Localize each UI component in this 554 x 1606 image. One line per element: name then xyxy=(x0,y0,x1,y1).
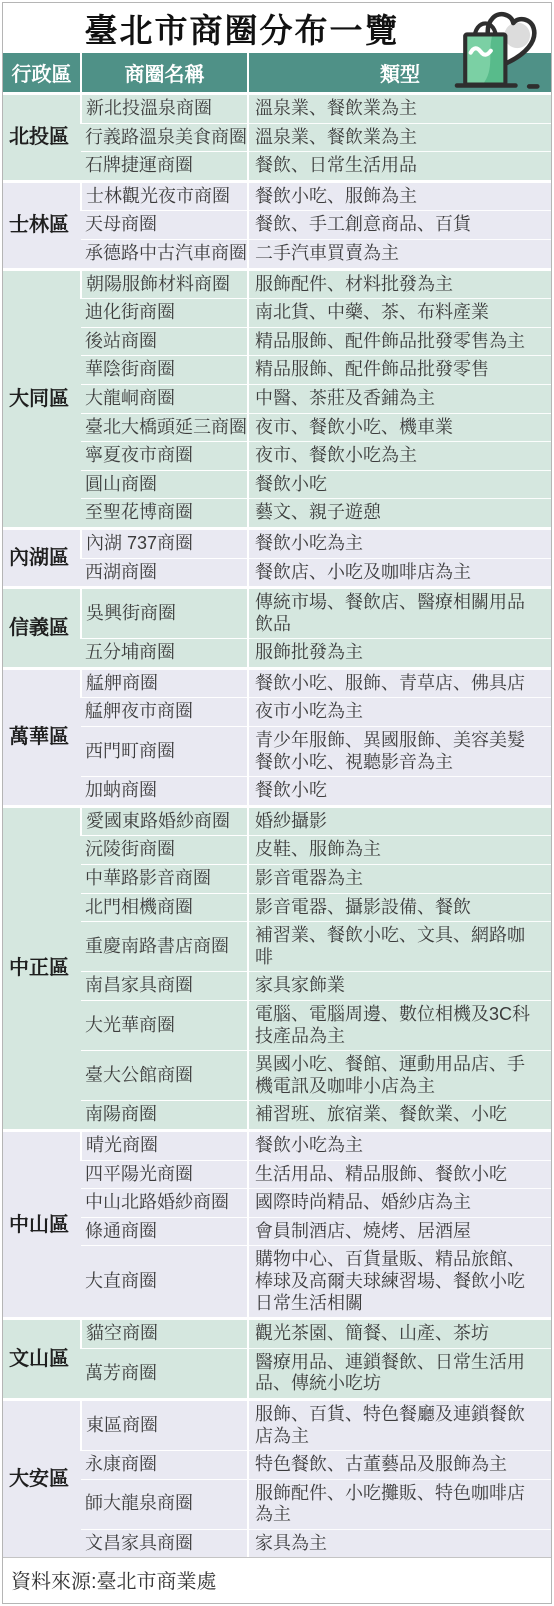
shopping-area-name: 南陽商圈 xyxy=(81,1101,248,1131)
table-row: 文昌家具商圈家具為主 xyxy=(3,1529,551,1557)
shopping-area-type: 夜市、餐飲小吃、機車業 xyxy=(248,413,551,442)
shopping-area-type: 餐飲小吃 xyxy=(248,470,551,499)
table-row: 艋舺夜市商圈夜市小吃為主 xyxy=(3,698,551,727)
shopping-area-type: 家具家飾業 xyxy=(248,972,551,1001)
table-row: 條通商圈會員制酒店、燒烤、居酒屋 xyxy=(3,1217,551,1246)
table-row: 西湖商圈餐飲店、小吃及咖啡店為主 xyxy=(3,558,551,588)
shopping-area-type: 中醫、茶莊及香鋪為主 xyxy=(248,384,551,413)
district-cell: 中山區 xyxy=(3,1130,81,1318)
shopping-area-name: 石牌捷運商圈 xyxy=(81,152,248,182)
shopping-area-name: 新北投溫泉商圈 xyxy=(81,94,248,124)
shopping-area-type: 補習班、旅宿業、餐飲業、小吃 xyxy=(248,1101,551,1131)
table-row: 中山區晴光商圈餐飲小吃為主 xyxy=(3,1130,551,1160)
table-row: 士林區士林觀光夜市商圈餐飲小吃、服飾為主 xyxy=(3,181,551,211)
shopping-area-type: 醫療用品、連鎖餐飲、日常生活用品、傳統小吃坊 xyxy=(248,1348,551,1399)
table-row: 至聖花博商圈藝文、親子遊憩 xyxy=(3,499,551,529)
shopping-area-type: 餐飲店、小吃及咖啡店為主 xyxy=(248,558,551,588)
shopping-area-type: 影音電器、攝影設備、餐飲 xyxy=(248,893,551,922)
district-cell: 信義區 xyxy=(3,588,81,669)
page-title: 臺北市商圈分布一覽 xyxy=(85,5,470,52)
table-row: 南陽商圈補習班、旅宿業、餐飲業、小吃 xyxy=(3,1101,551,1131)
shopping-area-type: 婚紗攝影 xyxy=(248,806,551,836)
shopping-area-name: 朝陽服飾材料商圈 xyxy=(81,269,248,299)
shopping-area-type: 餐飲小吃、服飾為主 xyxy=(248,181,551,211)
table-row: 承德路中古汽車商圈二手汽車買賣為主 xyxy=(3,239,551,269)
table-row: 北門相機商圈影音電器、攝影設備、餐飲 xyxy=(3,893,551,922)
shopping-area-name: 萬芳商圈 xyxy=(81,1348,248,1399)
table-row: 師大龍泉商圈服飾配件、小吃攤販、特色咖啡店為主 xyxy=(3,1479,551,1529)
shopping-area-type: 觀光茶園、簡餐、山產、茶坊 xyxy=(248,1319,551,1349)
table-row: 臺大公館商圈異國小吃、餐館、運動用品店、手機電訊及咖啡小店為主 xyxy=(3,1051,551,1101)
table-row: 石牌捷運商圈餐飲、日常生活用品 xyxy=(3,152,551,182)
shopping-area-type: 藝文、親子遊憩 xyxy=(248,499,551,529)
shopping-area-type: 購物中心、百貨量販、精品旅館、棒球及高爾夫球練習場、餐飲小吃日常生活相關 xyxy=(248,1246,551,1319)
shopping-area-name: 北門相機商圈 xyxy=(81,893,248,922)
shopping-area-name: 師大龍泉商圈 xyxy=(81,1479,248,1529)
district-cell: 大同區 xyxy=(3,269,81,528)
table-row: 內湖區內湖 737商圈餐飲小吃為主 xyxy=(3,528,551,558)
shopping-area-type: 精品服飾、配件飾品批發零售為主 xyxy=(248,327,551,356)
shopping-area-name: 圓山商圈 xyxy=(81,470,248,499)
shopping-area-name: 五分埔商圈 xyxy=(81,639,248,669)
table-row: 大龍峒商圈中醫、茶莊及香鋪為主 xyxy=(3,384,551,413)
table-row: 萬華區艋舺商圈餐飲小吃、服飾、青草店、佛具店 xyxy=(3,668,551,698)
shopping-area-name: 天母商圈 xyxy=(81,211,248,240)
table-row: 中華路影音商圈影音電器為主 xyxy=(3,865,551,894)
table-row: 寧夏夜市商圈夜市、餐飲小吃為主 xyxy=(3,442,551,471)
shopping-area-type: 特色餐飲、古董藝品及服飾為主 xyxy=(248,1451,551,1480)
shopping-area-type: 影音電器為主 xyxy=(248,865,551,894)
shopping-area-type: 餐飲、日常生活用品 xyxy=(248,152,551,182)
shopping-area-type: 餐飲小吃為主 xyxy=(248,1130,551,1160)
shopping-area-name: 西湖商圈 xyxy=(81,558,248,588)
shopping-area-type: 夜市小吃為主 xyxy=(248,698,551,727)
shopping-area-type: 國際時尚精品、婚紗店為主 xyxy=(248,1189,551,1218)
shopping-area-name: 內湖 737商圈 xyxy=(81,528,248,558)
table-row: 南昌家具商圈家具家飾業 xyxy=(3,972,551,1001)
shopping-area-name: 永康商圈 xyxy=(81,1451,248,1480)
table-row: 沅陵街商圈皮鞋、服飾為主 xyxy=(3,836,551,865)
table-row: 中山北路婚紗商圈國際時尚精品、婚紗店為主 xyxy=(3,1189,551,1218)
shopping-area-name: 沅陵街商圈 xyxy=(81,836,248,865)
shopping-area-name: 重慶南路書店商圈 xyxy=(81,922,248,972)
table-row: 信義區吳興街商圈傳統市場、餐飲店、醫療相關用品飲品 xyxy=(3,588,551,639)
table-row: 大直商圈購物中心、百貨量販、精品旅館、棒球及高爾夫球練習場、餐飲小吃日常生活相關 xyxy=(3,1246,551,1319)
shopping-area-name: 條通商圈 xyxy=(81,1217,248,1246)
table-row: 中正區愛國東路婚紗商圈婚紗攝影 xyxy=(3,806,551,836)
header-name: 商圈名稱 xyxy=(81,53,248,94)
shopping-area-type: 生活用品、精品服飾、餐飲小吃 xyxy=(248,1160,551,1189)
shopping-area-name: 大直商圈 xyxy=(81,1246,248,1319)
shopping-area-name: 臺大公館商圈 xyxy=(81,1051,248,1101)
district-cell: 士林區 xyxy=(3,181,81,269)
table-row: 天母商圈餐飲、手工創意商品、百貨 xyxy=(3,211,551,240)
table-row: 重慶南路書店商圈補習業、餐飲小吃、文具、網路咖啡 xyxy=(3,922,551,972)
shopping-area-type: 南北貨、中藥、茶、布料產業 xyxy=(248,299,551,328)
shopping-area-type: 家具為主 xyxy=(248,1529,551,1557)
shopping-area-type: 二手汽車買賣為主 xyxy=(248,239,551,269)
shopping-area-name: 加蚋商圈 xyxy=(81,777,248,807)
title-bar: 臺北市商圈分布一覽 xyxy=(3,3,551,53)
shopping-area-name: 晴光商圈 xyxy=(81,1130,248,1160)
table-row: 西門町商圈青少年服飾、異國服飾、美容美髮餐飲小吃、視聽影音為主 xyxy=(3,727,551,777)
table-row: 大光華商圈電腦、電腦周邊、數位相機及3C科技產品為主 xyxy=(3,1001,551,1051)
district-cell: 文山區 xyxy=(3,1319,81,1400)
district-cell: 北投區 xyxy=(3,94,81,182)
shopping-area-name: 南昌家具商圈 xyxy=(81,972,248,1001)
table-row: 大安區東區商圈服飾、百貨、特色餐廳及連鎖餐飲店為主 xyxy=(3,1399,551,1450)
shopping-area-name: 吳興街商圈 xyxy=(81,588,248,639)
table-row: 萬芳商圈醫療用品、連鎖餐飲、日常生活用品、傳統小吃坊 xyxy=(3,1348,551,1399)
shopping-area-type: 溫泉業、餐飲業為主 xyxy=(248,94,551,124)
shopping-area-name: 大龍峒商圈 xyxy=(81,384,248,413)
shopping-area-type: 精品服飾、配件飾品批發零售 xyxy=(248,356,551,385)
shopping-area-name: 承德路中古汽車商圈 xyxy=(81,239,248,269)
table-row: 五分埔商圈服飾批發為主 xyxy=(3,639,551,669)
shopping-area-name: 大光華商圈 xyxy=(81,1001,248,1051)
shopping-area-type: 傳統市場、餐飲店、醫療相關用品飲品 xyxy=(248,588,551,639)
table-row: 華陰街商圈精品服飾、配件飾品批發零售 xyxy=(3,356,551,385)
districts-table: 行政區 商圈名稱 類型 北投區新北投溫泉商圈溫泉業、餐飲業為主行義路溫泉美食商圈… xyxy=(3,53,551,1557)
shopping-area-name: 貓空商圈 xyxy=(81,1319,248,1349)
shopping-area-name: 文昌家具商圈 xyxy=(81,1529,248,1557)
district-cell: 內湖區 xyxy=(3,528,81,587)
shopping-area-type: 電腦、電腦周邊、數位相機及3C科技產品為主 xyxy=(248,1001,551,1051)
district-cell: 萬華區 xyxy=(3,668,81,806)
shopping-area-name: 華陰街商圈 xyxy=(81,356,248,385)
shopping-area-name: 西門町商圈 xyxy=(81,727,248,777)
shopping-area-name: 中山北路婚紗商圈 xyxy=(81,1189,248,1218)
shopping-area-name: 迪化街商圈 xyxy=(81,299,248,328)
shopping-area-name: 士林觀光夜市商圈 xyxy=(81,181,248,211)
data-source-note: 資料來源:臺北市商業處 xyxy=(3,1557,551,1603)
shopping-area-type: 會員制酒店、燒烤、居酒屋 xyxy=(248,1217,551,1246)
shopping-area-name: 寧夏夜市商圈 xyxy=(81,442,248,471)
shopping-area-type: 服飾、百貨、特色餐廳及連鎖餐飲店為主 xyxy=(248,1399,551,1450)
table-row: 四平陽光商圈生活用品、精品服飾、餐飲小吃 xyxy=(3,1160,551,1189)
table-body: 北投區新北投溫泉商圈溫泉業、餐飲業為主行義路溫泉美食商圈溫泉業、餐飲業為主石牌捷… xyxy=(3,94,551,1558)
table-row: 大同區朝陽服飾材料商圈服飾配件、材料批發為主 xyxy=(3,269,551,299)
shopping-area-name: 中華路影音商圈 xyxy=(81,865,248,894)
shopping-area-name: 東區商圈 xyxy=(81,1399,248,1450)
table-row: 迪化街商圈南北貨、中藥、茶、布料產業 xyxy=(3,299,551,328)
shopping-area-type: 皮鞋、服飾為主 xyxy=(248,836,551,865)
shopping-area-name: 至聖花博商圈 xyxy=(81,499,248,529)
shopping-area-name: 艋舺夜市商圈 xyxy=(81,698,248,727)
shopping-area-type: 餐飲小吃 xyxy=(248,777,551,807)
table-row: 永康商圈特色餐飲、古董藝品及服飾為主 xyxy=(3,1451,551,1480)
header-district: 行政區 xyxy=(3,53,81,94)
shopping-area-type: 異國小吃、餐館、運動用品店、手機電訊及咖啡小店為主 xyxy=(248,1051,551,1101)
table-row: 圓山商圈餐飲小吃 xyxy=(3,470,551,499)
shopping-area-name: 臺北大橋頭延三商圈 xyxy=(81,413,248,442)
shopping-area-type: 夜市、餐飲小吃為主 xyxy=(248,442,551,471)
district-cell: 中正區 xyxy=(3,806,81,1130)
district-cell: 大安區 xyxy=(3,1399,81,1557)
table-row: 北投區新北投溫泉商圈溫泉業、餐飲業為主 xyxy=(3,94,551,124)
shopping-area-type: 服飾配件、材料批發為主 xyxy=(248,269,551,299)
shopping-area-type: 溫泉業、餐飲業為主 xyxy=(248,123,551,152)
infographic-page: 臺北市商圈分布一覽 行政區 商圈名稱 xyxy=(2,2,552,1604)
shopping-bag-heart-icon xyxy=(451,7,547,91)
table-row: 後站商圈精品服飾、配件飾品批發零售為主 xyxy=(3,327,551,356)
shopping-area-name: 後站商圈 xyxy=(81,327,248,356)
table-row: 文山區貓空商圈觀光茶園、簡餐、山產、茶坊 xyxy=(3,1319,551,1349)
shopping-area-type: 補習業、餐飲小吃、文具、網路咖啡 xyxy=(248,922,551,972)
table-row: 行義路溫泉美食商圈溫泉業、餐飲業為主 xyxy=(3,123,551,152)
shopping-area-type: 服飾批發為主 xyxy=(248,639,551,669)
shopping-area-type: 服飾配件、小吃攤販、特色咖啡店為主 xyxy=(248,1479,551,1529)
shopping-area-type: 餐飲、手工創意商品、百貨 xyxy=(248,211,551,240)
shopping-area-type: 餐飲小吃、服飾、青草店、佛具店 xyxy=(248,668,551,698)
shopping-area-name: 愛國東路婚紗商圈 xyxy=(81,806,248,836)
table-row: 臺北大橋頭延三商圈夜市、餐飲小吃、機車業 xyxy=(3,413,551,442)
shopping-area-type: 青少年服飾、異國服飾、美容美髮餐飲小吃、視聽影音為主 xyxy=(248,727,551,777)
shopping-area-name: 四平陽光商圈 xyxy=(81,1160,248,1189)
shopping-area-name: 行義路溫泉美食商圈 xyxy=(81,123,248,152)
shopping-area-name: 艋舺商圈 xyxy=(81,668,248,698)
table-row: 加蚋商圈餐飲小吃 xyxy=(3,777,551,807)
shopping-area-type: 餐飲小吃為主 xyxy=(248,528,551,558)
